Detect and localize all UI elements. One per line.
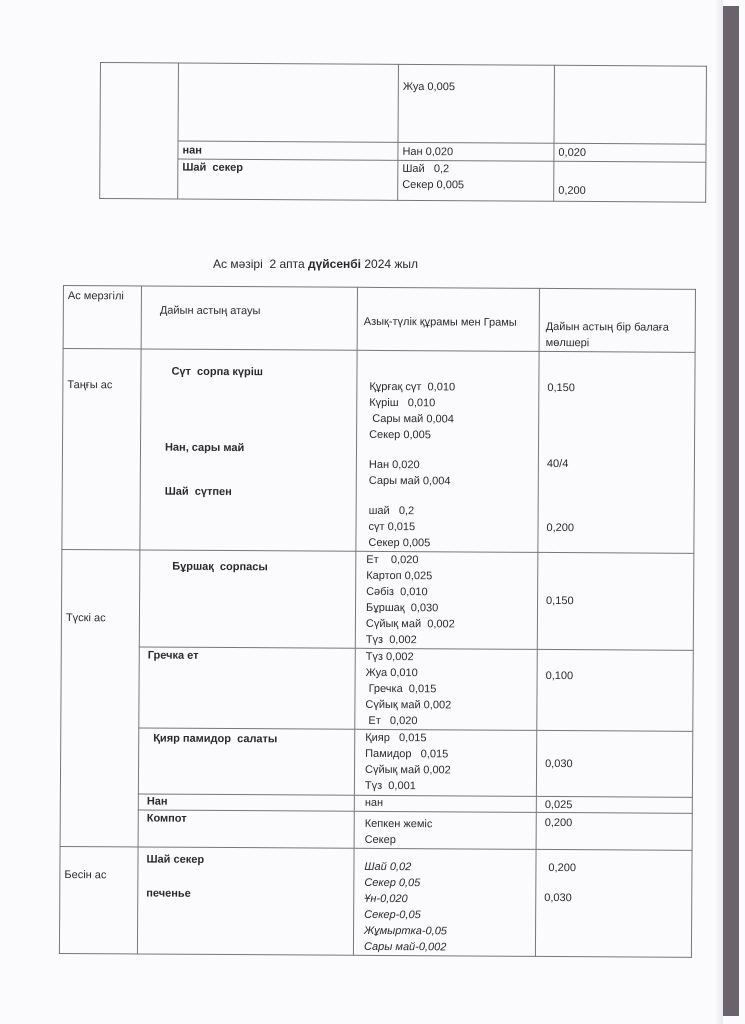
ingredient-item: Памидор 0,015 bbox=[365, 746, 536, 763]
ingredient-item: Шай 0,2 bbox=[402, 161, 553, 178]
ingredient-item: Ет 0,020 bbox=[365, 713, 536, 730]
portion-value: 0,150 bbox=[546, 593, 693, 610]
meal-time-label: Таңғы ас bbox=[67, 379, 112, 391]
portion-cell: 0,150 40/4 0,200 bbox=[538, 351, 695, 553]
ingredient-item: Сары май 0,004 bbox=[369, 473, 538, 490]
portion-value: 0,030 bbox=[545, 755, 692, 772]
meal-time-label: Түскі ас bbox=[66, 612, 106, 624]
dish-name: Компот bbox=[147, 811, 354, 828]
portion-value: 0,030 bbox=[544, 890, 691, 907]
ingredient-item: Секер 0,005 bbox=[368, 535, 537, 552]
dish-name: Сүт сорпа күріш bbox=[171, 364, 356, 381]
meal-time-cell: Таңғы ас bbox=[62, 349, 141, 550]
title-suffix: 2024 жыл bbox=[361, 257, 418, 271]
portion-value: 0,200 bbox=[548, 860, 691, 877]
ingredient-item: Құрғақ сүт 0,010 bbox=[369, 379, 538, 396]
ingredient-item: Сүйық май 0,002 bbox=[365, 697, 536, 714]
ingredient-item: Түз 0,001 bbox=[365, 778, 536, 795]
ingredient-item: Сүйық май 0,002 bbox=[365, 762, 536, 779]
ingredient-item: Секер 0,005 bbox=[402, 177, 553, 194]
dish-name: Нан bbox=[147, 795, 354, 810]
ingredients-cell: нан bbox=[354, 795, 536, 812]
ingredient-item: Жуа 0,005 bbox=[403, 79, 554, 96]
portion-value: 0,100 bbox=[546, 668, 693, 685]
continuation-table: Жуа 0,005 нан Нан 0,020 0,020 Шай секер … bbox=[99, 62, 707, 203]
header-label: Дайын астың атауы bbox=[160, 305, 261, 318]
ingredient-item: Күріш 0,010 bbox=[369, 395, 538, 412]
dish-name: Бұршақ сорпасы bbox=[172, 559, 355, 576]
dish-cell: Шай секер bbox=[178, 159, 398, 200]
dish-name: Шай секер bbox=[182, 160, 397, 177]
ingredient-item: Секер bbox=[365, 832, 536, 849]
ingredient-item: сүт 0,015 bbox=[368, 519, 537, 536]
ingredient-item: Картоп 0,025 bbox=[366, 568, 537, 585]
ingredient-item: Сары май-0,002 bbox=[364, 939, 535, 956]
ingredients-cell: Нан 0,020 bbox=[398, 142, 554, 161]
portion-value: 0,200 bbox=[546, 520, 693, 537]
header-label: Азық-түлік құрамы мен Грамы bbox=[364, 316, 517, 329]
table-row-lunch-main: Гречка ет Түз 0,002 Жуа 0,010 Гречка 0,0… bbox=[61, 646, 693, 731]
dish-cell: Бұршақ сорпасы bbox=[139, 550, 356, 648]
ingredient-item: Сүйық май 0,002 bbox=[366, 616, 537, 633]
dish-name: Нан, сары май bbox=[165, 440, 356, 457]
meal-time-cell: Бесін ас bbox=[59, 846, 138, 953]
ingredients-cell: Жуа 0,005 bbox=[398, 64, 554, 143]
dish-cell bbox=[178, 63, 398, 142]
meal-time-label: Бесін ас bbox=[64, 869, 106, 881]
table-row-lunch-soup: Түскі ас Бұршақ сорпасы Ет 0,020 Картоп … bbox=[61, 549, 694, 650]
table-row: Жуа 0,005 bbox=[100, 63, 706, 145]
ingredients-cell: Құрғақ сүт 0,010 Күріш 0,010 Сары май 0,… bbox=[356, 350, 539, 552]
ingredient-item: Секер 0,005 bbox=[369, 427, 538, 444]
ingredient-item: Сары май 0,004 bbox=[369, 411, 538, 428]
table-row: Шай секер Шай 0,2 Секер 0,005 0,200 bbox=[100, 159, 706, 203]
ingredient-item: Шай 0,02 bbox=[364, 859, 535, 876]
table-row-breakfast: Таңғы ас Сүт сорпа күріш Нан, сары май Ш… bbox=[62, 349, 695, 554]
ingredient-item: Ұн-0,020 bbox=[364, 891, 535, 908]
portion-cell: 0,100 bbox=[537, 649, 693, 731]
ingredient-item: Қияр 0,015 bbox=[365, 730, 536, 747]
dish-name: Қияр памидор салаты bbox=[153, 731, 354, 748]
header-meal-time: Ас мерзгілі bbox=[63, 286, 141, 349]
ingredient-item: Нан 0,020 bbox=[402, 144, 553, 161]
ingredient-item: Секер-0,05 bbox=[364, 907, 535, 924]
ingredient-item: нан bbox=[365, 796, 536, 811]
meal-time-cell bbox=[100, 63, 179, 199]
ingredient-item: Түз 0,002 bbox=[366, 632, 537, 649]
menu-title: Ас мәзірі 2 апта дүйсенбі 2024 жыл bbox=[213, 257, 418, 271]
portion-cell: 0,200 bbox=[536, 812, 692, 850]
dish-name: Шай сүтпен bbox=[165, 484, 356, 501]
dish-cell: Компот bbox=[138, 810, 354, 848]
ingredient-item: Сәбіз 0,010 bbox=[366, 584, 537, 601]
header-dish-name: Дайын астың атауы bbox=[141, 286, 357, 350]
portion-cell: 0,200 0,030 bbox=[535, 849, 692, 957]
header-ingredients: Азық-түлік құрамы мен Грамы bbox=[357, 287, 539, 351]
dish-cell: Қияр памидор салаты bbox=[138, 728, 354, 795]
table-header-row: Ас мерзгілі Дайын астың атауы Азық-түлік… bbox=[63, 286, 695, 353]
portion-value: 0,200 bbox=[558, 183, 705, 200]
ingredient-item: Ет 0,020 bbox=[366, 552, 537, 569]
header-portion: Дайын астың бір балаға мөлшері bbox=[539, 288, 695, 352]
dish-name: печенье bbox=[146, 886, 353, 903]
portion-cell: 0,030 bbox=[536, 730, 692, 797]
dish-name: Гречка ет bbox=[148, 648, 355, 665]
ingredient-item: Жұмыртка-0,05 bbox=[364, 923, 535, 940]
dish-name: нан bbox=[182, 143, 397, 160]
ingredient-item: Секер 0,05 bbox=[364, 875, 535, 892]
header-label: Ас мерзгілі bbox=[68, 290, 124, 302]
ingredient-item: Гречка 0,015 bbox=[365, 681, 536, 698]
header-label: Дайын астың бір балаға мөлшері bbox=[546, 321, 669, 349]
table-row-lunch-compote: Компот Кепкен жеміс Секер 0,200 bbox=[60, 809, 692, 850]
dish-cell: Сүт сорпа күріш Нан, сары май Шай сүтпен bbox=[140, 349, 357, 551]
portion-cell bbox=[554, 65, 706, 144]
portion-value: 0,025 bbox=[545, 798, 692, 813]
ingredients-cell: Ет 0,020 Картоп 0,025 Сәбіз 0,010 Бұршақ… bbox=[355, 551, 538, 649]
dish-cell: нан bbox=[178, 141, 398, 160]
portion-cell: 0,020 bbox=[554, 143, 706, 162]
menu-table: Ас мерзгілі Дайын астың атауы Азық-түлік… bbox=[59, 285, 696, 958]
ingredients-cell: Түз 0,002 Жуа 0,010 Гречка 0,015 Сүйық м… bbox=[355, 648, 537, 730]
ingredients-cell: Қияр 0,015 Памидор 0,015 Сүйық май 0,002… bbox=[354, 729, 536, 796]
title-prefix: Ас мәзірі 2 апта bbox=[213, 257, 308, 271]
scanner-edge-bar bbox=[723, 6, 739, 1016]
ingredient-item: шай 0,2 bbox=[369, 503, 538, 520]
portion-value: 0,020 bbox=[558, 145, 705, 162]
ingredient-item: Бұршақ 0,030 bbox=[366, 600, 537, 617]
portion-cell: 0,200 bbox=[554, 161, 706, 202]
ingredients-cell: Кепкен жеміс Секер bbox=[354, 811, 536, 849]
ingredient-item: Жуа 0,010 bbox=[366, 665, 537, 682]
ingredient-item: Түз 0,002 bbox=[366, 649, 537, 666]
portion-cell: 0,150 bbox=[537, 552, 694, 650]
title-day: дүйсенбі bbox=[308, 257, 361, 271]
portion-value: 0,150 bbox=[547, 380, 694, 397]
dish-cell: Гречка ет bbox=[139, 647, 355, 729]
ingredients-cell: Шай 0,02 Секер 0,05 Ұн-0,020 Секер-0,05 … bbox=[353, 848, 536, 956]
portion-value: 40/4 bbox=[547, 456, 694, 473]
portion-cell: 0,025 bbox=[536, 796, 692, 813]
scan-edge-shade bbox=[715, 0, 723, 1024]
ingredient-item: Нан 0,020 bbox=[369, 457, 538, 474]
dish-cell: Шай секер печенье bbox=[137, 847, 354, 955]
ingredients-cell: Шай 0,2 Секер 0,005 bbox=[398, 160, 554, 201]
dish-name: Шай секер bbox=[146, 852, 353, 869]
ingredient-item: Кепкен жеміс bbox=[365, 816, 536, 833]
meal-time-cell: Түскі ас bbox=[60, 549, 140, 846]
dish-cell: Нан bbox=[138, 794, 354, 811]
table-row-lunch-salad: Қияр памидор салаты Қияр 0,015 Памидор 0… bbox=[60, 727, 692, 797]
table-row-snack: Бесін ас Шай секер печенье Шай 0,02 Секе… bbox=[59, 846, 692, 957]
portion-value: 0,200 bbox=[545, 815, 692, 832]
